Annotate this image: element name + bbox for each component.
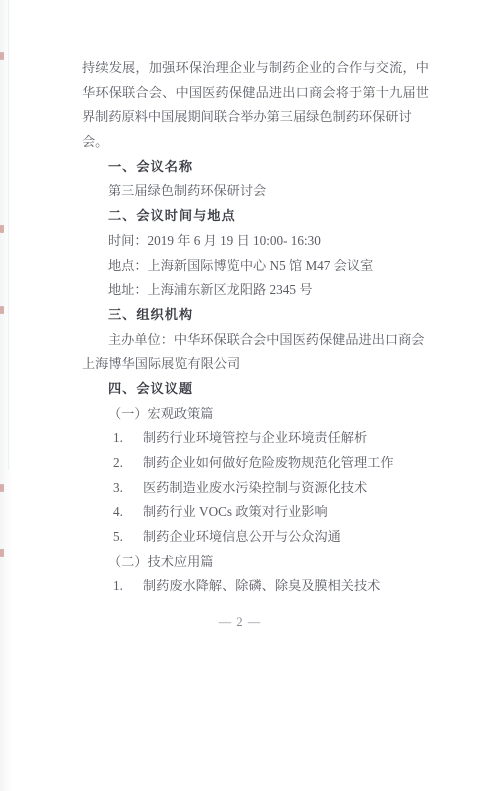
agenda-item-number: 2. — [113, 451, 143, 476]
red-edge-mark — [0, 484, 4, 492]
page-edge-line — [8, 0, 9, 470]
meeting-time: 时间：2019 年 6 月 19 日 10:00- 16:30 — [82, 229, 429, 254]
topic-part-label: （二）技术应用篇 — [82, 550, 429, 575]
agenda-item: 2. 制药企业如何做好危险废物规范化管理工作 — [82, 451, 429, 476]
agenda-item: 4. 制药行业 VOCs 政策对行业影响 — [82, 500, 429, 525]
host-organizations-line: 主办单位：中华环保联合会中国医药保健品进出口商会 — [82, 328, 429, 353]
page-number: — 2 — — [0, 615, 480, 629]
section-heading-4: 四、会议议题 — [82, 377, 429, 402]
agenda-item-text: 制药企业如何做好危险废物规范化管理工作 — [143, 451, 429, 476]
red-edge-mark — [0, 306, 4, 314]
agenda-item-number: 3. — [113, 476, 143, 501]
red-edge-mark — [0, 549, 4, 557]
document-body: 持续发展，加强环保治理企业与制药企业的合作与交流，中 华环保联合会、中国医药保健… — [82, 56, 429, 599]
agenda-item-text: 制药行业环境管控与企业环境责任解析 — [143, 426, 429, 451]
page-edge-shading — [0, 0, 12, 791]
agenda-item-number: 1. — [113, 426, 143, 451]
conference-name: 第三届绿色制药环保研讨会 — [82, 179, 429, 204]
red-edge-mark — [0, 225, 4, 233]
agenda-item-text: 制药企业环境信息公开与公众沟通 — [143, 525, 429, 550]
meeting-venue: 地点：上海新国际博览中心 N5 馆 M47 会议室 — [82, 254, 429, 279]
intro-paragraph-line: 界制药原料中国展期间联合举办第三届绿色制药环保研讨 — [82, 105, 429, 130]
host-organizations-line: 上海博华国际展览有限公司 — [82, 352, 429, 377]
agenda-item-number: 5. — [113, 525, 143, 550]
agenda-item: 1. 制药废水降解、除磷、除臭及膜相关技术 — [82, 574, 429, 599]
agenda-item-number: 4. — [113, 500, 143, 525]
section-heading-1: 一、会议名称 — [82, 155, 429, 180]
agenda-item: 5. 制药企业环境信息公开与公众沟通 — [82, 525, 429, 550]
topic-part-label: （一）宏观政策篇 — [82, 402, 429, 427]
agenda-item: 1. 制药行业环境管控与企业环境责任解析 — [82, 426, 429, 451]
intro-paragraph-line: 持续发展，加强环保治理企业与制药企业的合作与交流，中 — [82, 56, 429, 81]
red-edge-mark — [0, 52, 4, 60]
agenda-item-text: 医药制造业废水污染控制与资源化技术 — [143, 476, 429, 501]
meeting-address: 地址：上海浦东新区龙阳路 2345 号 — [82, 278, 429, 303]
agenda-item: 3. 医药制造业废水污染控制与资源化技术 — [82, 476, 429, 501]
intro-paragraph-line: 华环保联合会、中国医药保健品进出口商会将于第十九届世 — [82, 81, 429, 106]
scanned-document-page: { "colors": { "body_ink": "#5a5c64", "he… — [0, 0, 480, 791]
agenda-item-number: 1. — [113, 574, 143, 599]
intro-paragraph-line: 会。 — [82, 130, 429, 155]
section-heading-2: 二、会议时间与地点 — [82, 204, 429, 229]
agenda-item-text: 制药行业 VOCs 政策对行业影响 — [143, 500, 429, 525]
section-heading-3: 三、组织机构 — [82, 303, 429, 328]
agenda-item-text: 制药废水降解、除磷、除臭及膜相关技术 — [143, 574, 429, 599]
